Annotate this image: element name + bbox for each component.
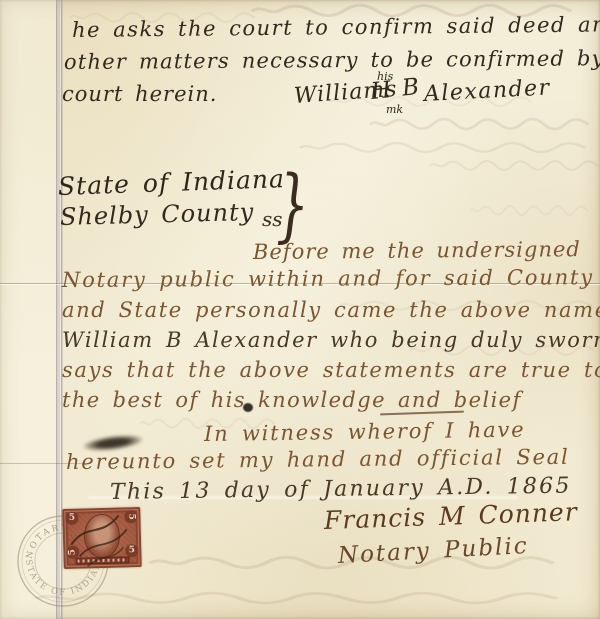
ink-blot xyxy=(243,403,253,412)
venue-county: Shelby County xyxy=(60,198,255,231)
scanned-document-page: NOTARY PUBLIC STATE OF INDIANA 5 5 5 5 h… xyxy=(0,0,600,619)
jurat-line: William B Alexander who being duly sworn xyxy=(62,328,600,352)
jurat-line: Before me the undersigned xyxy=(253,237,581,264)
pen-cancellation-marks xyxy=(56,503,150,577)
jurat-line: In witness wherof I have xyxy=(204,418,526,446)
revenue-stamp: 5 5 5 5 xyxy=(62,507,142,569)
jurat-line: the best of his knowledge and belief xyxy=(62,388,522,412)
body-line: other matters necessary to be confirmed … xyxy=(64,46,600,74)
jurat-line: and State personally came the above name… xyxy=(62,298,600,322)
jurat-line: Notary public within and for said County xyxy=(62,265,594,292)
jurat-line: says that the above statements are true … xyxy=(62,358,600,382)
his-mark-bottom: mk xyxy=(386,103,403,116)
body-line: court herein. xyxy=(62,82,217,106)
venue-brace: } xyxy=(276,158,309,251)
affiant-initials: H B xyxy=(370,74,421,105)
